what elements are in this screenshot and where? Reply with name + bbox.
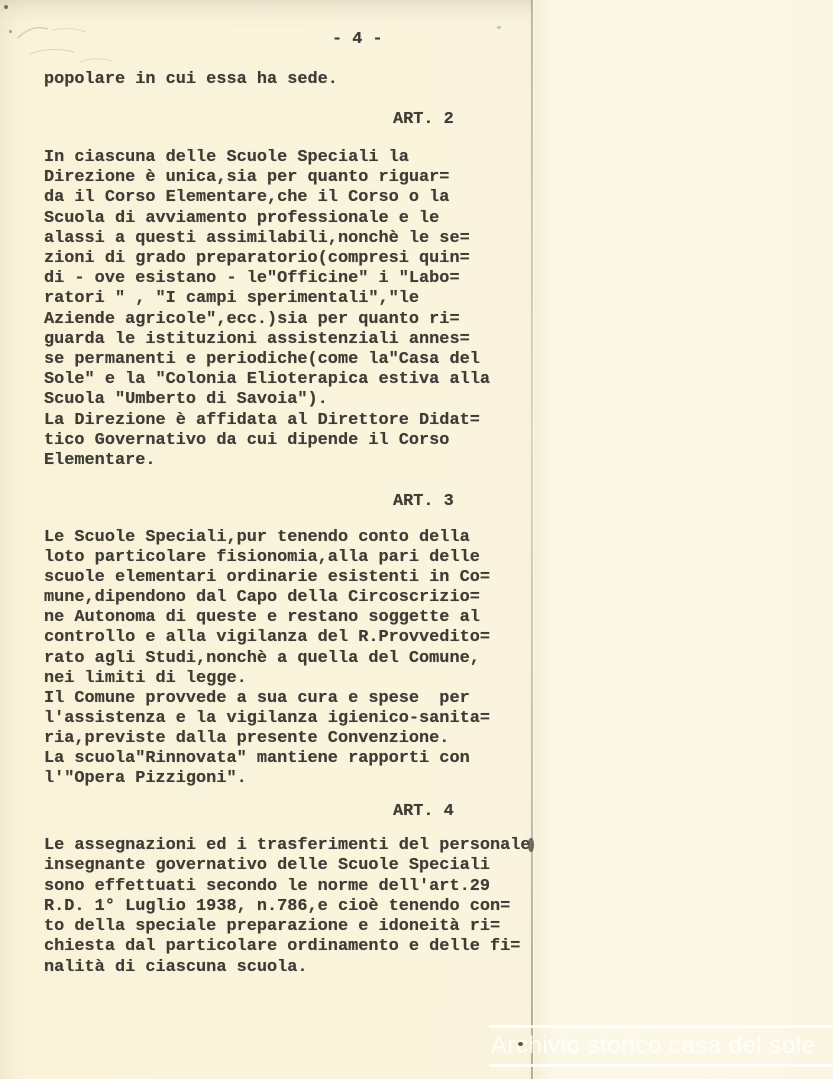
- text-line: La Direzione è affidata al Direttore Did…: [44, 411, 490, 431]
- page-fold-line: [531, 0, 533, 1079]
- text-line: Aziende agricole",ecc.)sia per quanto ri…: [44, 310, 490, 330]
- text-line: da il Corso Elementare,che il Corso o la: [44, 188, 490, 208]
- article-3-heading: ART. 3: [393, 492, 454, 511]
- text-line: chiesta dal particolare ordinamento e de…: [44, 937, 531, 957]
- text-line: guarda le istituzioni assistenziali anne…: [44, 330, 490, 350]
- ink-smudge: [528, 838, 534, 852]
- text-line: controllo e alla vigilanza del R.Provved…: [44, 628, 490, 648]
- adjacent-page-edge: [534, 0, 833, 1079]
- text-line: insegnante governativo delle Scuole Spec…: [44, 856, 531, 876]
- text-line: Scuola "Umberto di Savoia").: [44, 390, 490, 410]
- paragraph-continuation-line: popolare in cui essa ha sede.: [44, 70, 338, 89]
- text-line: In ciascuna delle Scuole Speciali la: [44, 148, 490, 168]
- text-line: to della speciale preparazione e idoneit…: [44, 917, 531, 937]
- text-line: Elementare.: [44, 451, 490, 471]
- text-line: scuole elementari ordinarie esistenti in…: [44, 568, 490, 588]
- text-line: nalità di ciascuna scuola.: [44, 958, 531, 978]
- text-line: tico Governativo da cui dipende il Corso: [44, 431, 490, 451]
- ink-speck: [497, 26, 501, 29]
- text-line: Le assegnazioni ed i trasferimenti del p…: [44, 836, 531, 856]
- text-line: Sole" e la "Colonia Elioterapica estiva …: [44, 370, 490, 390]
- article-4-heading: ART. 4: [393, 802, 454, 821]
- text-line: ria,previste dalla presente Convenzione.: [44, 729, 490, 749]
- article-4-body: Le assegnazioni ed i trasferimenti del p…: [44, 836, 531, 978]
- text-line: se permanenti e periodiche(come la"Casa …: [44, 350, 490, 370]
- article-2-heading: ART. 2: [393, 110, 454, 129]
- ink-speck: [9, 30, 12, 33]
- page-number: - 4 -: [332, 30, 383, 49]
- article-2-body: In ciascuna delle Scuole Speciali laDire…: [44, 148, 490, 471]
- watermark-label: Archivio storico casa del sole: [489, 1028, 833, 1064]
- text-line: l'"Opera Pizzigoni".: [44, 769, 490, 789]
- text-line: Direzione è unica,sia per quanto riguar=: [44, 168, 490, 188]
- text-line: ratori " , "I campi sperimentali","le: [44, 289, 490, 309]
- text-line: rato agli Studi,nonchè a quella del Comu…: [44, 649, 490, 669]
- text-line: sono effettuati secondo le norme dell'ar…: [44, 877, 531, 897]
- text-line: zioni di grado preparatorio(compresi qui…: [44, 249, 490, 269]
- text-line: ne Autonoma di queste e restano soggette…: [44, 608, 490, 628]
- text-line: alassi a questi assimilabili,nonchè le s…: [44, 229, 490, 249]
- text-line: di - ove esistano - le"Officine" i "Labo…: [44, 269, 490, 289]
- article-3-body: Le Scuole Speciali,pur tenendo conto del…: [44, 528, 490, 789]
- ink-speck: [4, 5, 8, 9]
- text-line: Scuola di avviamento professionale e le: [44, 209, 490, 229]
- text-line: La scuola"Rinnovata" mantiene rapporti c…: [44, 749, 490, 769]
- text-line: mune,dipendono dal Capo della Circoscriz…: [44, 588, 490, 608]
- archive-watermark: Archivio storico casa del sole: [489, 1025, 833, 1067]
- pencil-marks: [0, 0, 170, 80]
- text-line: Le Scuole Speciali,pur tenendo conto del…: [44, 528, 490, 548]
- text-line: Il Comune provvede a sua cura e spese pe…: [44, 689, 490, 709]
- text-line: l'assistenza e la vigilanza igienico-san…: [44, 709, 490, 729]
- ink-speck: [518, 1042, 523, 1046]
- watermark-rule-bottom: [489, 1064, 833, 1067]
- text-line: loto particolare fisionomia,alla pari de…: [44, 548, 490, 568]
- text-line: nei limiti di legge.: [44, 669, 490, 689]
- text-line: R.D. 1° Luglio 1938, n.786,e cioè tenend…: [44, 897, 531, 917]
- scanned-document-page: - 4 - popolare in cui essa ha sede. ART.…: [0, 0, 833, 1079]
